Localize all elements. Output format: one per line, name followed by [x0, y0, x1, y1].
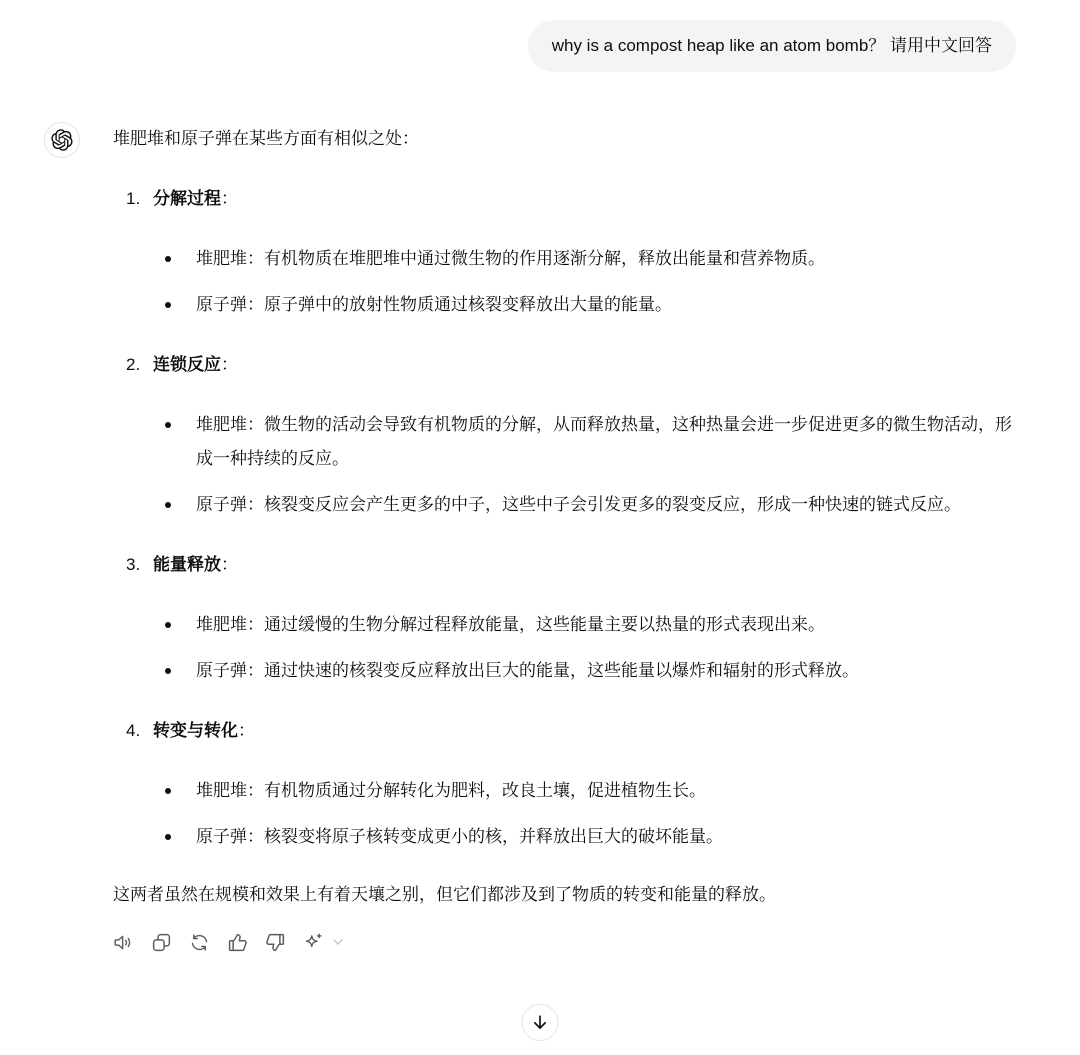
thumbs-down-icon	[265, 932, 286, 953]
user-message-bubble: why is a compost heap like an atom bomb？…	[528, 20, 1016, 72]
assistant-message: 堆肥堆和原子弹在某些方面有相似之处： 1.分解过程： 堆肥堆：有机物质在堆肥堆中…	[113, 122, 1020, 958]
list-number: 1.	[126, 182, 153, 216]
list-item-1-header: 1.分解过程：	[113, 182, 1020, 216]
assistant-message-row: 堆肥堆和原子弹在某些方面有相似之处： 1.分解过程： 堆肥堆：有机物质在堆肥堆中…	[0, 122, 1080, 958]
copy-icon	[151, 932, 172, 953]
thumbs-down-button[interactable]	[259, 926, 291, 958]
thumbs-up-icon	[227, 932, 248, 953]
list-title-colon: ：	[221, 555, 238, 574]
openai-logo-icon	[51, 129, 73, 151]
list-item-2-header: 2.连锁反应：	[113, 348, 1020, 382]
list-title-colon: ：	[238, 721, 255, 740]
bullet-icon	[165, 422, 171, 428]
list-title: 分解过程	[153, 189, 221, 208]
bullet-icon	[165, 256, 171, 262]
list-item: 原子弹：通过快速的核裂变反应释放出巨大的能量，这些能量以爆炸和辐射的形式释放。	[113, 654, 1020, 688]
bullet-text: 堆肥堆：有机物质在堆肥堆中通过微生物的作用逐渐分解，释放出能量和营养物质。	[196, 242, 1020, 276]
list-number: 3.	[126, 548, 153, 582]
bullet-icon	[165, 502, 171, 508]
list-title: 转变与转化	[153, 721, 238, 740]
list-item-3-header: 3.能量释放：	[113, 548, 1020, 582]
switch-model-button[interactable]	[297, 926, 329, 958]
sparkle-model-icon	[303, 932, 324, 953]
list-title: 连锁反应	[153, 355, 221, 374]
user-message-row: why is a compost heap like an atom bomb？…	[0, 0, 1080, 72]
read-aloud-button[interactable]	[107, 926, 139, 958]
read-aloud-icon	[113, 932, 134, 953]
message-action-bar	[107, 926, 1020, 958]
assistant-closing: 这两者虽然在规模和效果上有着天壤之别，但它们都涉及到了物质的转变和能量的释放。	[113, 878, 1020, 912]
bullet-icon	[165, 302, 171, 308]
list-title: 能量释放	[153, 555, 221, 574]
bullet-text: 原子弹：核裂变将原子核转变成更小的核，并释放出巨大的破坏能量。	[196, 820, 1020, 854]
list-title-colon: ：	[221, 355, 238, 374]
thumbs-up-button[interactable]	[221, 926, 253, 958]
bullet-icon	[165, 668, 171, 674]
list-item: 堆肥堆：通过缓慢的生物分解过程释放能量，这些能量主要以热量的形式表现出来。	[113, 608, 1020, 642]
regenerate-button[interactable]	[183, 926, 215, 958]
list-item-4-header: 4.转变与转化：	[113, 714, 1020, 748]
bullet-text: 堆肥堆：通过缓慢的生物分解过程释放能量，这些能量主要以热量的形式表现出来。	[196, 608, 1020, 642]
chat-page: why is a compost heap like an atom bomb？…	[0, 0, 1080, 1055]
bullet-icon	[165, 834, 171, 840]
bullet-icon	[165, 788, 171, 794]
list-item: 堆肥堆：有机物质在堆肥堆中通过微生物的作用逐渐分解，释放出能量和营养物质。	[113, 242, 1020, 276]
assistant-intro: 堆肥堆和原子弹在某些方面有相似之处：	[113, 122, 1020, 156]
copy-button[interactable]	[145, 926, 177, 958]
regenerate-icon	[189, 932, 210, 953]
list-number: 2.	[126, 348, 153, 382]
scroll-to-bottom-button[interactable]	[522, 1004, 559, 1041]
bullet-text: 原子弹：原子弹中的放射性物质通过核裂变释放出大量的能量。	[196, 288, 1020, 322]
list-item: 原子弹：核裂变将原子核转变成更小的核，并释放出巨大的破坏能量。	[113, 820, 1020, 854]
list-item: 堆肥堆：微生物的活动会导致有机物质的分解，从而释放热量，这种热量会进一步促进更多…	[113, 408, 1020, 476]
bullet-text: 原子弹：核裂变反应会产生更多的中子，这些中子会引发更多的裂变反应，形成一种快速的…	[196, 488, 1020, 522]
user-message-text: why is a compost heap like an atom bomb？…	[552, 36, 992, 55]
bullet-text: 堆肥堆：微生物的活动会导致有机物质的分解，从而释放热量，这种热量会进一步促进更多…	[196, 408, 1020, 476]
list-number: 4.	[126, 714, 153, 748]
list-item: 原子弹：核裂变反应会产生更多的中子，这些中子会引发更多的裂变反应，形成一种快速的…	[113, 488, 1020, 522]
list-title-colon: ：	[221, 189, 238, 208]
more-actions-button[interactable]	[327, 926, 349, 958]
list-item: 堆肥堆：有机物质通过分解转化为肥料，改良土壤，促进植物生长。	[113, 774, 1020, 808]
assistant-avatar	[44, 122, 80, 158]
bullet-icon	[165, 622, 171, 628]
list-item: 原子弹：原子弹中的放射性物质通过核裂变释放出大量的能量。	[113, 288, 1020, 322]
bullet-text: 原子弹：通过快速的核裂变反应释放出巨大的能量，这些能量以爆炸和辐射的形式释放。	[196, 654, 1020, 688]
chevron-down-icon	[330, 934, 346, 950]
arrow-down-icon	[531, 1013, 550, 1032]
bullet-text: 堆肥堆：有机物质通过分解转化为肥料，改良土壤，促进植物生长。	[196, 774, 1020, 808]
